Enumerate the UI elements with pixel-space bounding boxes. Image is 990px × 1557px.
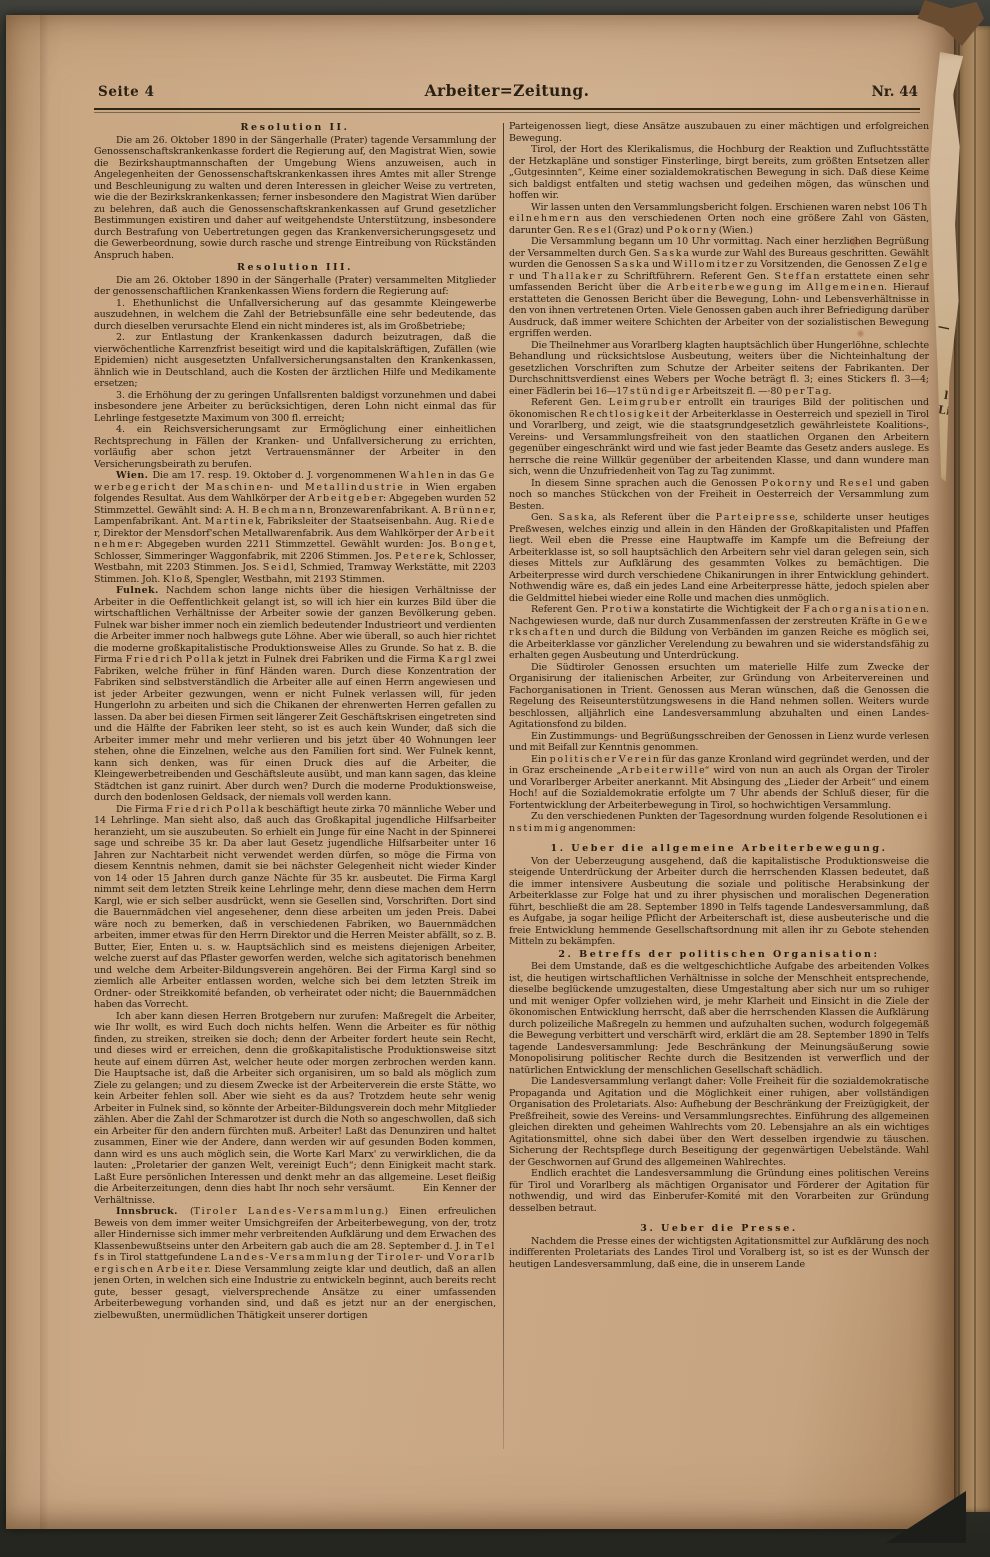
article-paragraph: Wir lassen unten den Versammlungsbericht… <box>509 202 929 237</box>
article-lead-word: Wien. <box>116 470 153 481</box>
article-lead-word: Fulnek. <box>116 585 166 596</box>
article-paragraph: Fulnek. Nachdem schon lange nichts über … <box>94 585 496 804</box>
article-paragraph: 3. die Erhöhung der zu geringen Unfallsr… <box>94 390 496 425</box>
paper-crease <box>958 26 960 1512</box>
masthead: Arbeiter=Zeitung. <box>94 81 920 100</box>
article-paragraph: Referent Gen. P r o t i w a konstatirte … <box>509 604 929 662</box>
article-paragraph: Bei dem Umstande, daß es die weltgeschic… <box>509 961 929 1076</box>
article-paragraph: Ich aber kann diesen Herren Brotgebern n… <box>94 1011 496 1207</box>
column-divider <box>503 123 504 1449</box>
article-paragraph: 1. Ehethunlichst die Unfallversicherung … <box>94 298 496 333</box>
article-paragraph: Die Versammlung begann um 10 Uhr vormitt… <box>509 236 929 340</box>
article-paragraph: Parteigenossen liegt, diese Ansätze ausz… <box>509 121 929 144</box>
article-paragraph: Tirol, der Hort des Klerikalismus, die H… <box>509 144 929 202</box>
article-paragraph: Ein Zustimmungs- und Begrüßungsschreiben… <box>509 731 929 754</box>
section-heading: 2. Betreffs der politischen Organisation… <box>509 949 929 961</box>
article-paragraph: Die Theilnehmer aus Vorarlberg klagten h… <box>509 340 929 398</box>
article-paragraph: Die am 26. Oktober 1890 in der Sängerhal… <box>94 135 496 262</box>
article-paragraph: Zu den verschiedenen Punkten der Tagesor… <box>509 811 929 834</box>
article-paragraph: Die Landesversammlung verlangt daher: Vo… <box>509 1076 929 1168</box>
article-paragraph: Ein p o l i t i s ch e r V e r e i n für… <box>509 754 929 812</box>
article-paragraph: Innsbruck. (T i r o l e r L a n d e s - … <box>94 1206 496 1321</box>
article-paragraph: Wien. Die am 17. resp. 19. Oktober d. J.… <box>94 470 496 585</box>
article-paragraph: 4. ein Reichsversicherungsamt zur Ermögl… <box>94 424 496 470</box>
article-paragraph: 2. zur Entlastung der Krankenkassen dadu… <box>94 332 496 390</box>
article-paragraph: Die Firma F r i e d r i ch P o l l a k b… <box>94 804 496 1011</box>
section-heading: 1. Ueber die allgemeine Arbeiterbewegung… <box>509 843 929 855</box>
section-heading: 3. Ueber die Presse. <box>509 1223 929 1235</box>
header-rule-thin <box>94 112 920 113</box>
article-paragraph: Die am 26. Oktober 1890 in der Sängerhal… <box>94 275 496 298</box>
paper-crease <box>974 26 976 1512</box>
section-heading: Resolution II. <box>94 122 496 134</box>
article-lead-word: Innsbruck. <box>116 1206 190 1217</box>
right-column: Parteigenossen liegt, diese Ansätze ausz… <box>509 121 929 1455</box>
header-rule <box>94 108 920 110</box>
left-column: Resolution II.Die am 26. Oktober 1890 in… <box>94 121 496 1455</box>
issue-number: Nr. 44 <box>872 84 918 100</box>
photo-background: Seite 4 Arbeiter=Zeitung. Nr. 44 Resolut… <box>0 0 990 1557</box>
section-heading: Resolution III. <box>94 262 496 274</box>
article-paragraph: Referent Gen. L e i m g r u b e r entrol… <box>509 397 929 478</box>
article-paragraph: Nachdem die Presse eines der wichtigsten… <box>509 1236 929 1271</box>
scrap-dash-mark: — <box>937 319 952 335</box>
article-paragraph: Gen. S a s k a, als Referent über die P … <box>509 512 929 604</box>
article-paragraph: In diesem Sinne sprachen auch die Genoss… <box>509 478 929 513</box>
article-paragraph: Endlich erachtet die Landesversammlung d… <box>509 1168 929 1214</box>
article-paragraph: Von der Ueberzeugung ausgehend, daß die … <box>509 856 929 948</box>
page-header: Seite 4 Arbeiter=Zeitung. Nr. 44 <box>94 80 920 104</box>
article-paragraph: Die Südtiroler Genossen ersuchten um mat… <box>509 662 929 731</box>
article-body: Resolution II.Die am 26. Oktober 1890 in… <box>94 121 930 1455</box>
